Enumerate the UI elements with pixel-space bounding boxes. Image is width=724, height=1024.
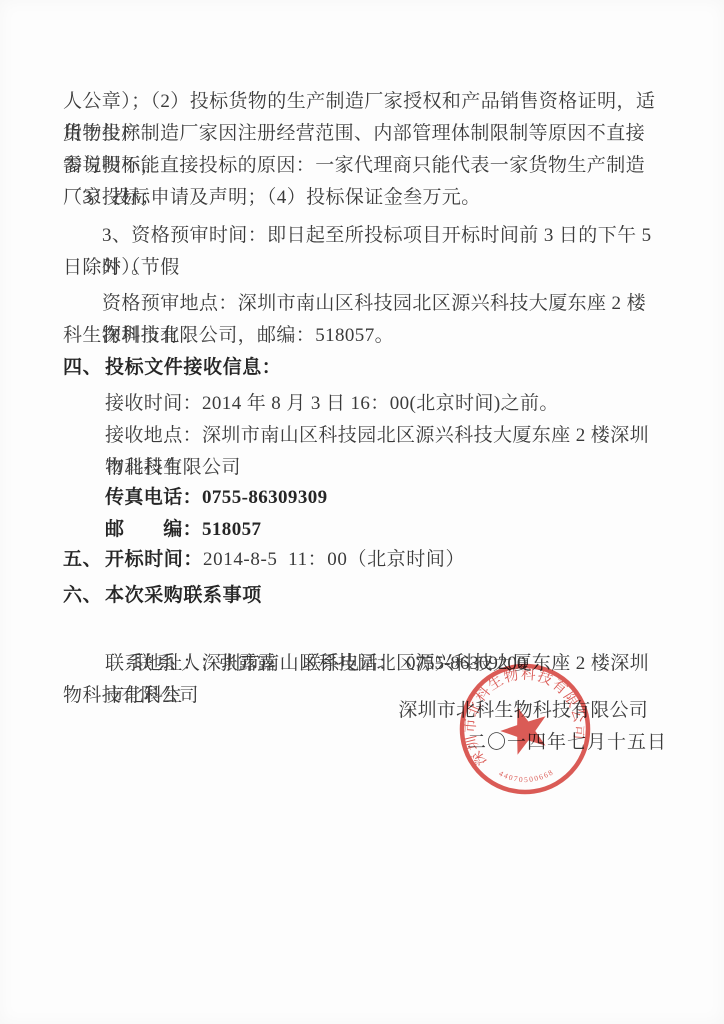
section-number: 六、 <box>63 580 105 612</box>
signature-company: 深圳市北科生物科技有限公司 <box>398 700 648 722</box>
fax-line: 传真电话：0755-86309309 <box>63 482 662 514</box>
contact-address-line: 联系地址：深圳市南山区科技园北区源兴科技大厦东座 2 楼深圳市北科生 <box>63 648 662 680</box>
bid-opening-time: 2014-8-5 11：00（北京时间） <box>203 544 465 576</box>
section-heading-5: 五、 开标时间： 2014-8-5 11：00（北京时间） <box>63 544 662 576</box>
prequalification-place-line: 科生物科技有限公司，邮编：518057。 <box>63 320 662 352</box>
section-title: 开标时间： <box>105 544 203 576</box>
prequalification-place-line: 资格预审地点：深圳市南山区科技园北区源兴科技大厦东座 2 楼深圳市北 <box>63 288 662 320</box>
prequalification-time-line: 3、资格预审时间：即日起至所投标项目开标时间前 3 日的下午 5 时（节假 <box>63 220 662 252</box>
paragraph-line: 货物生产制造厂家因注册经营范围、内部管理体制限制等原因不直接参与投标， <box>63 118 662 150</box>
receive-time-line: 接收时间：2014 年 8 月 3 日 16：00(北京时间)之前。 <box>63 388 662 420</box>
contact-person-line: 联 系 人：张露露联系电话：0755-86309200 <box>63 616 662 648</box>
section-title: 本次采购联系事项 <box>105 580 262 612</box>
section-heading-4: 四、 投标文件接收信息： <box>63 352 662 384</box>
section-title: 投标文件接收信息： <box>105 352 281 384</box>
receive-place-line: 接收地点：深圳市南山区科技园北区源兴科技大厦东座 2 楼深圳市北科生 <box>63 420 662 452</box>
receive-place-line: 物科技有限公司 <box>63 452 662 484</box>
svg-text:44070500668: 44070500668 <box>496 761 556 788</box>
postcode-line: 邮 编：518057 <box>63 514 662 546</box>
paragraph-line: 人公章）；（2）投标货物的生产制造厂家授权和产品销售资格证明，适用于投标 <box>63 86 662 118</box>
signature-date: 二〇一四年七月十五日 <box>467 732 667 754</box>
section-number: 四、 <box>63 352 105 384</box>
section-number: 五、 <box>63 544 105 576</box>
document-body: 人公章）；（2）投标货物的生产制造厂家授权和产品销售资格证明，适用于投标 货物生… <box>63 86 662 712</box>
paragraph-line: （3）投标申请及声明；（4）投标保证金叁万元。 <box>63 182 662 214</box>
paragraph-line: 需说明不能直接投标的原因：一家代理商只能代表一家货物生产制造厂家投标； <box>63 150 662 182</box>
scanned-document-page: 人公章）；（2）投标货物的生产制造厂家授权和产品销售资格证明，适用于投标 货物生… <box>0 0 724 1024</box>
section-heading-6: 六、 本次采购联系事项 <box>63 580 662 612</box>
seal-serial-number: 44070500668 <box>496 761 556 788</box>
